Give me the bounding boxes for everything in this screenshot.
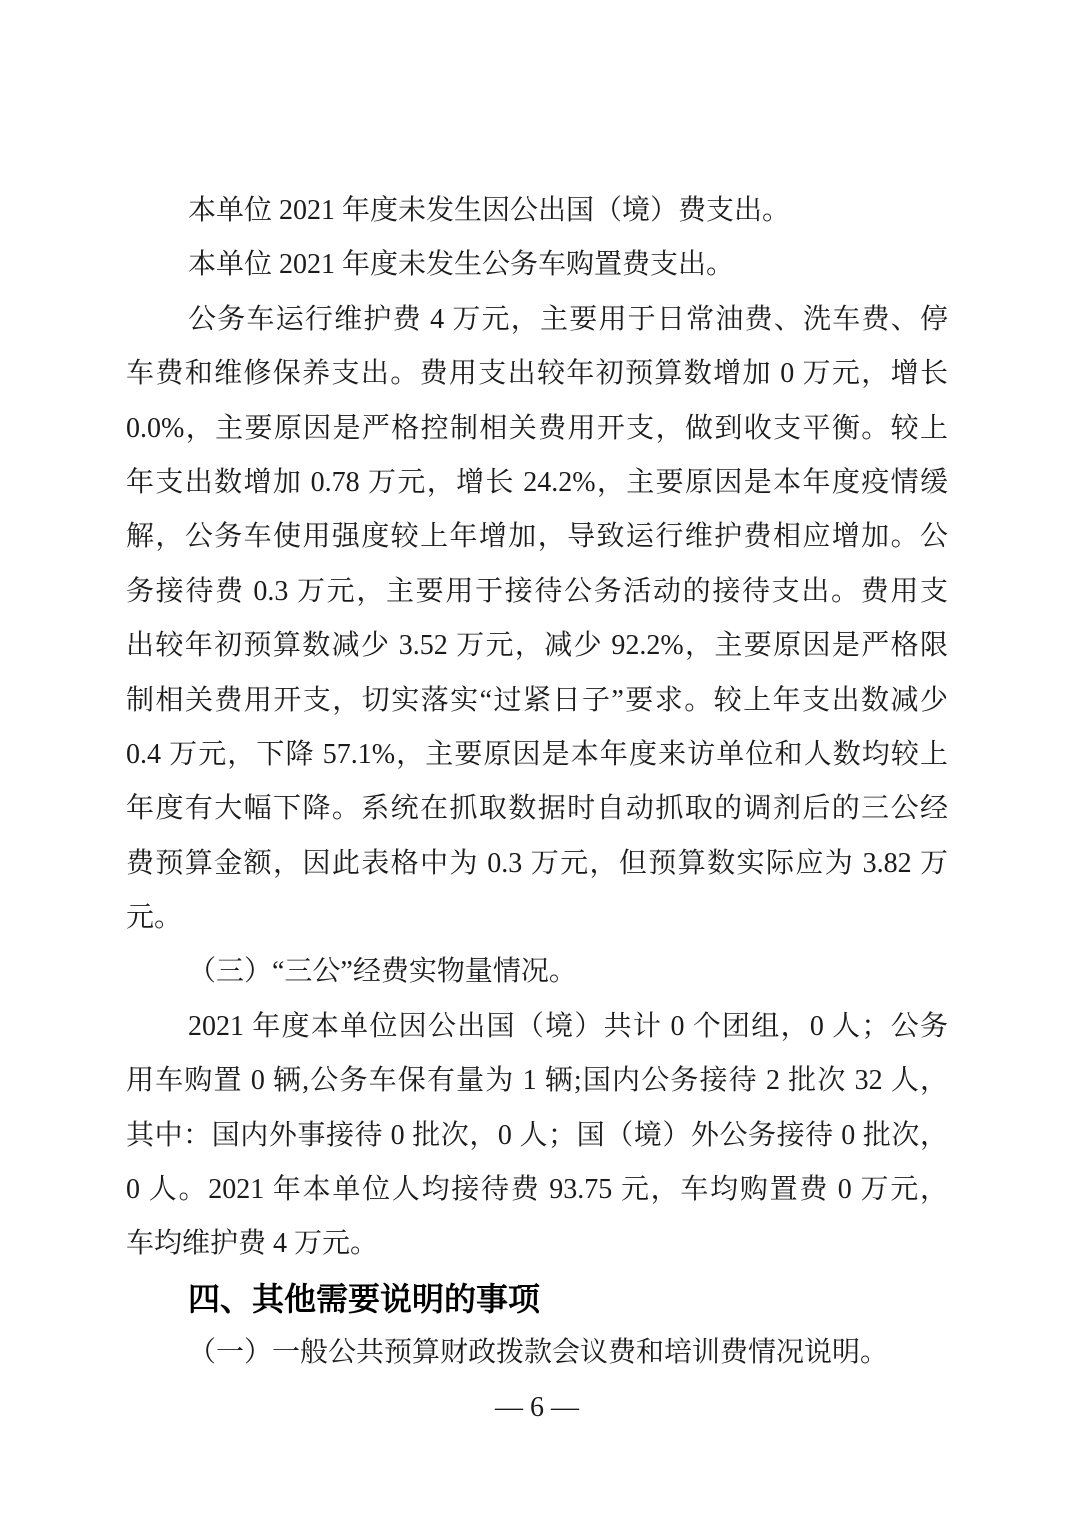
paragraph-line: 务接待费 0.3 万元，主要用于接待公务活动的接待支出。费用支 [126, 565, 948, 619]
paragraph-line: 费预算金额，因此表格中为 0.3 万元，但预算数实际应为 3.82 万 [126, 837, 948, 891]
paragraph-line: 本单位 2021 年度未发生因公出国（境）费支出。 [126, 184, 948, 238]
subsection-title: （一）一般公共预算财政拨款会议费和培训费情况说明。 [126, 1326, 948, 1380]
subsection-title: （三）“三公”经费实物量情况。 [126, 945, 948, 999]
paragraph-line: 其中：国内外事接待 0 批次，0 人；国（境）外公务接待 0 批次， [126, 1109, 948, 1163]
page-number: — 6 — [126, 1381, 948, 1435]
paragraph-line: 年度有大幅下降。系统在抓取数据时自动抓取的调剂后的三公经 [126, 782, 948, 836]
paragraph-line: 本单位 2021 年度未发生公务车购置费支出。 [126, 238, 948, 292]
paragraph-line: 0 人。2021 年本单位人均接待费 93.75 元，车均购置费 0 万元， [126, 1163, 948, 1217]
document-page: 本单位 2021 年度未发生因公出国（境）费支出。 本单位 2021 年度未发生… [0, 0, 1075, 1521]
section-heading: 四、其他需要说明的事项 [126, 1272, 948, 1326]
paragraph-line: 车均维护费 4 万元。 [126, 1217, 948, 1271]
paragraph-line: 0.0%，主要原因是严格控制相关费用开支，做到收支平衡。较上 [126, 402, 948, 456]
paragraph-line: 用车购置 0 辆,公务车保有量为 1 辆;国内公务接待 2 批次 32 人， [126, 1054, 948, 1108]
paragraph-line: 车费和维修保养支出。费用支出较年初预算数增加 0 万元，增长 [126, 347, 948, 401]
paragraph-line: 解，公务车使用强度较上年增加，导致运行维护费相应增加。公 [126, 510, 948, 564]
paragraph-line: 0.4 万元，下降 57.1%，主要原因是本年度来访单位和人数均较上 [126, 728, 948, 782]
paragraph-line: 元。 [126, 891, 948, 945]
paragraph-line: 年支出数增加 0.78 万元，增长 24.2%，主要原因是本年度疫情缓 [126, 456, 948, 510]
paragraph-line: 出较年初预算数减少 3.52 万元，减少 92.2%，主要原因是严格限 [126, 619, 948, 673]
document-body: 本单位 2021 年度未发生因公出国（境）费支出。 本单位 2021 年度未发生… [126, 184, 948, 1435]
paragraph-line: 公务车运行维护费 4 万元，主要用于日常油费、洗车费、停 [126, 293, 948, 347]
paragraph-line: 2021 年度本单位因公出国（境）共计 0 个团组，0 人；公务 [126, 1000, 948, 1054]
paragraph-line: 制相关费用开支，切实落实“过紧日子”要求。较上年支出数减少 [126, 674, 948, 728]
